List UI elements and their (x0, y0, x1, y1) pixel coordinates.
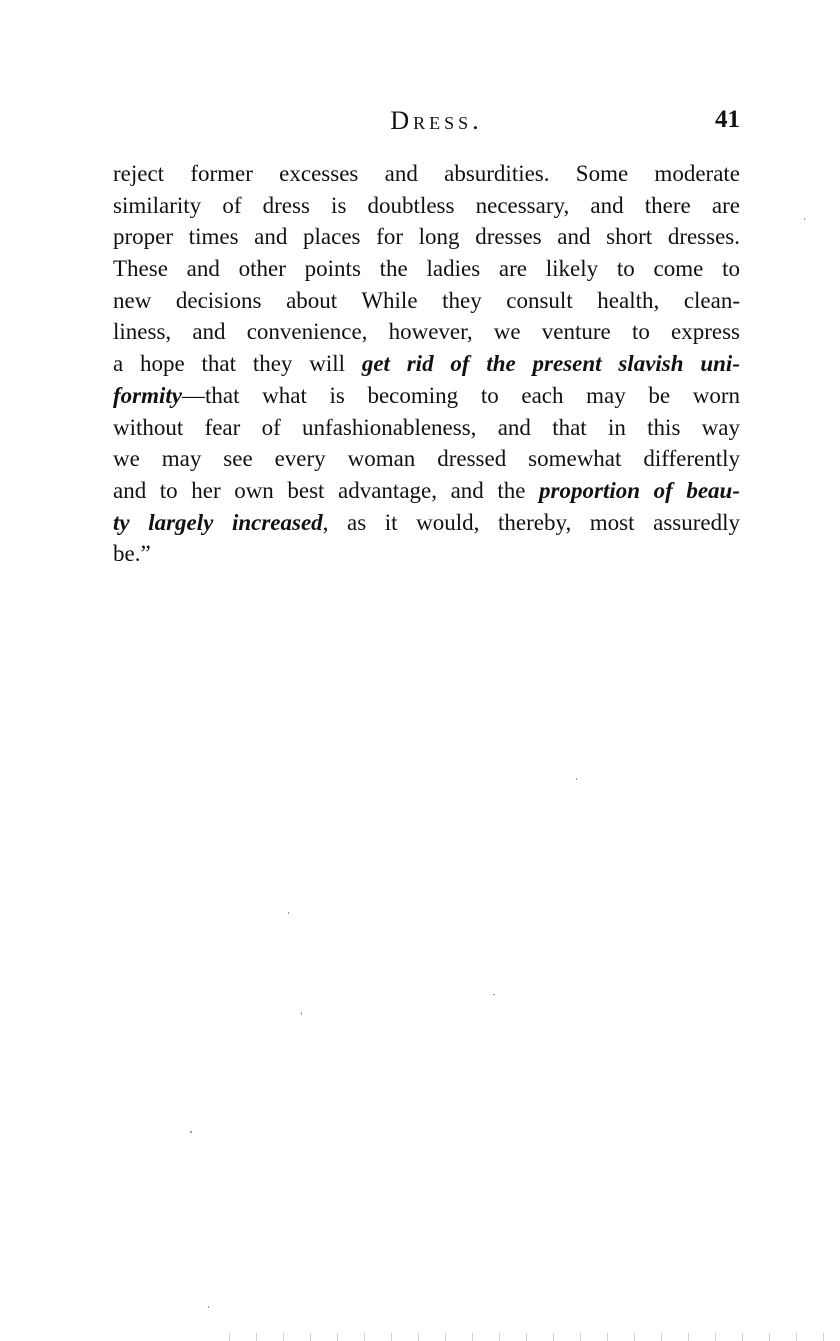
text-line: similarity of dress is doubtless necessa… (113, 190, 740, 222)
text-line: and to her own best advantage, and the p… (113, 475, 740, 507)
emphasis-segment: get rid of the present slavish uni- (362, 351, 740, 376)
text-line: formity—that what is becoming to each ma… (113, 380, 740, 412)
text-line: without fear of unfashionableness, and t… (113, 412, 740, 444)
text-segment: without fear of unfashionableness, and t… (113, 415, 740, 440)
text-segment: , as it would, thereby, most assuredly (323, 510, 740, 535)
scan-speck (190, 1131, 192, 1133)
scan-speck (301, 1012, 302, 1015)
text-line: we may see every woman dressed somewhat … (113, 443, 740, 475)
scan-speck (208, 1306, 209, 1308)
text-segment: liness, and convenience, however, we ven… (113, 319, 740, 344)
text-line: be.” (113, 538, 740, 570)
text-line: a hope that they will get rid of the pre… (113, 348, 740, 380)
scan-speck (288, 912, 289, 914)
text-line: proper times and places for long dresses… (113, 221, 740, 253)
scan-speck (576, 778, 577, 780)
book-page: Dress. 41 reject former excesses and abs… (0, 0, 840, 1341)
text-line: reject former excesses and absurdities. … (113, 158, 740, 190)
running-title: Dress. (113, 106, 740, 136)
text-segment: These and other points the ladies are li… (113, 256, 740, 281)
text-segment: reject former excesses and absurdities. … (113, 161, 740, 186)
scan-bottom-edge (215, 1333, 840, 1341)
text-segment: proper times and places for long dresses… (113, 224, 740, 249)
text-segment: be.” (113, 541, 151, 566)
emphasis-segment: formity (113, 383, 182, 408)
text-segment: and to her own best advantage, and the (113, 478, 539, 503)
scan-speck (804, 218, 805, 220)
text-segment: —that what is becoming to each may be wo… (182, 383, 740, 408)
text-line: These and other points the ladies are li… (113, 253, 740, 285)
text-segment: a hope that they will (113, 351, 362, 376)
text-line: liness, and convenience, however, we ven… (113, 316, 740, 348)
emphasis-segment: proportion of beau- (539, 478, 740, 503)
text-segment: similarity of dress is doubtless necessa… (113, 193, 740, 218)
emphasis-segment: ty largely increased (113, 510, 323, 535)
page-number: 41 (715, 106, 740, 134)
scan-speck (493, 994, 495, 995)
running-head: Dress. 41 (113, 106, 740, 140)
text-line: new decisions about While they consult h… (113, 285, 740, 317)
text-segment: new decisions about While they consult h… (113, 288, 740, 313)
text-segment: we may see every woman dressed somewhat … (113, 446, 740, 471)
text-line: ty largely increased, as it would, there… (113, 507, 740, 539)
body-text: reject former excesses and absurdities. … (113, 158, 740, 570)
